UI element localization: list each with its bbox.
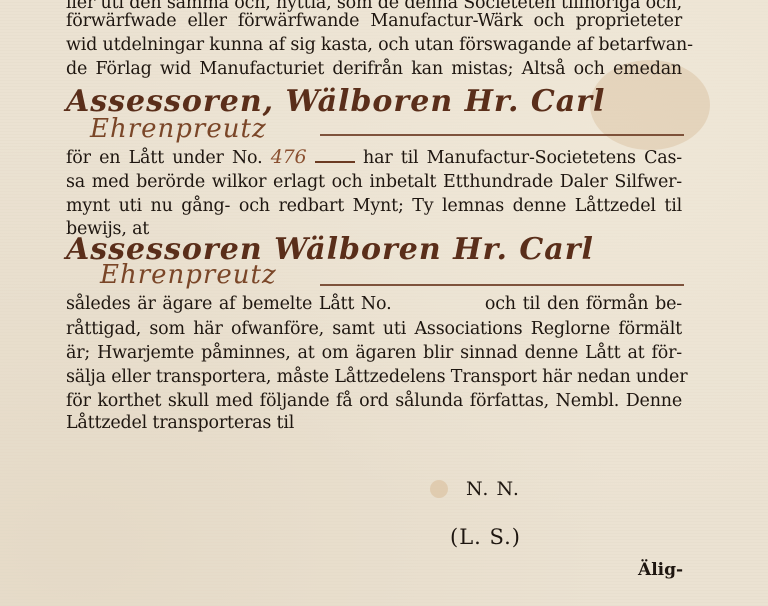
text-line: de Förlag wid Manufacturiet derifrån kan… bbox=[66, 58, 682, 80]
text-line: sa med berörde wilkor erlagt och inbetal… bbox=[66, 171, 682, 193]
text-line-number: för en Lått under No. 476 har til Manufa… bbox=[66, 146, 682, 169]
handwritten-flourish bbox=[320, 284, 684, 286]
handwritten-dash bbox=[315, 161, 355, 163]
text-line: förwärfwade eller förwärfwande Manufactu… bbox=[66, 10, 682, 32]
handwritten-name-line2: Ehrenpreutz bbox=[90, 114, 267, 144]
catchword: Älig- bbox=[638, 560, 683, 580]
handwritten-flourish bbox=[320, 134, 684, 136]
signature-placeholder: N. N. bbox=[466, 478, 520, 500]
number-prefix: för en Lått under No. bbox=[66, 148, 262, 168]
text-line: wid utdelningar kunna af sig kasta, och … bbox=[66, 34, 682, 56]
text-line: för korthet skull med följande få ord så… bbox=[66, 390, 682, 412]
text-line: mynt uti nu gång- och redbart Mynt; Ty l… bbox=[66, 195, 682, 217]
handwritten-number: 476 bbox=[271, 146, 307, 168]
seal-placeholder: (L. S.) bbox=[450, 525, 521, 549]
handwritten-name-line2: Ehrenpreutz bbox=[100, 260, 277, 290]
text-line: sälja eller transportera, måste Låttzede… bbox=[66, 366, 682, 388]
text-line-owner: således är ägare af bemelte Lått No. och… bbox=[66, 293, 682, 315]
text-line: är; Hwarjemte påminnes, at om ägaren bli… bbox=[66, 342, 682, 364]
number-suffix: har til Manufactur-Societetens Cas- bbox=[363, 148, 682, 168]
paper-stain bbox=[430, 480, 448, 498]
document-page: ller uti den samma och, nyttia, som de d… bbox=[0, 0, 768, 606]
text-line: Låttzedel transporteras til bbox=[66, 412, 682, 434]
text-line: råttigad, som här ofwanföre, samt uti As… bbox=[66, 318, 682, 340]
owner-suffix: och til den förmån be- bbox=[485, 294, 682, 314]
owner-prefix: således är ägare af bemelte Lått No. bbox=[66, 294, 391, 314]
